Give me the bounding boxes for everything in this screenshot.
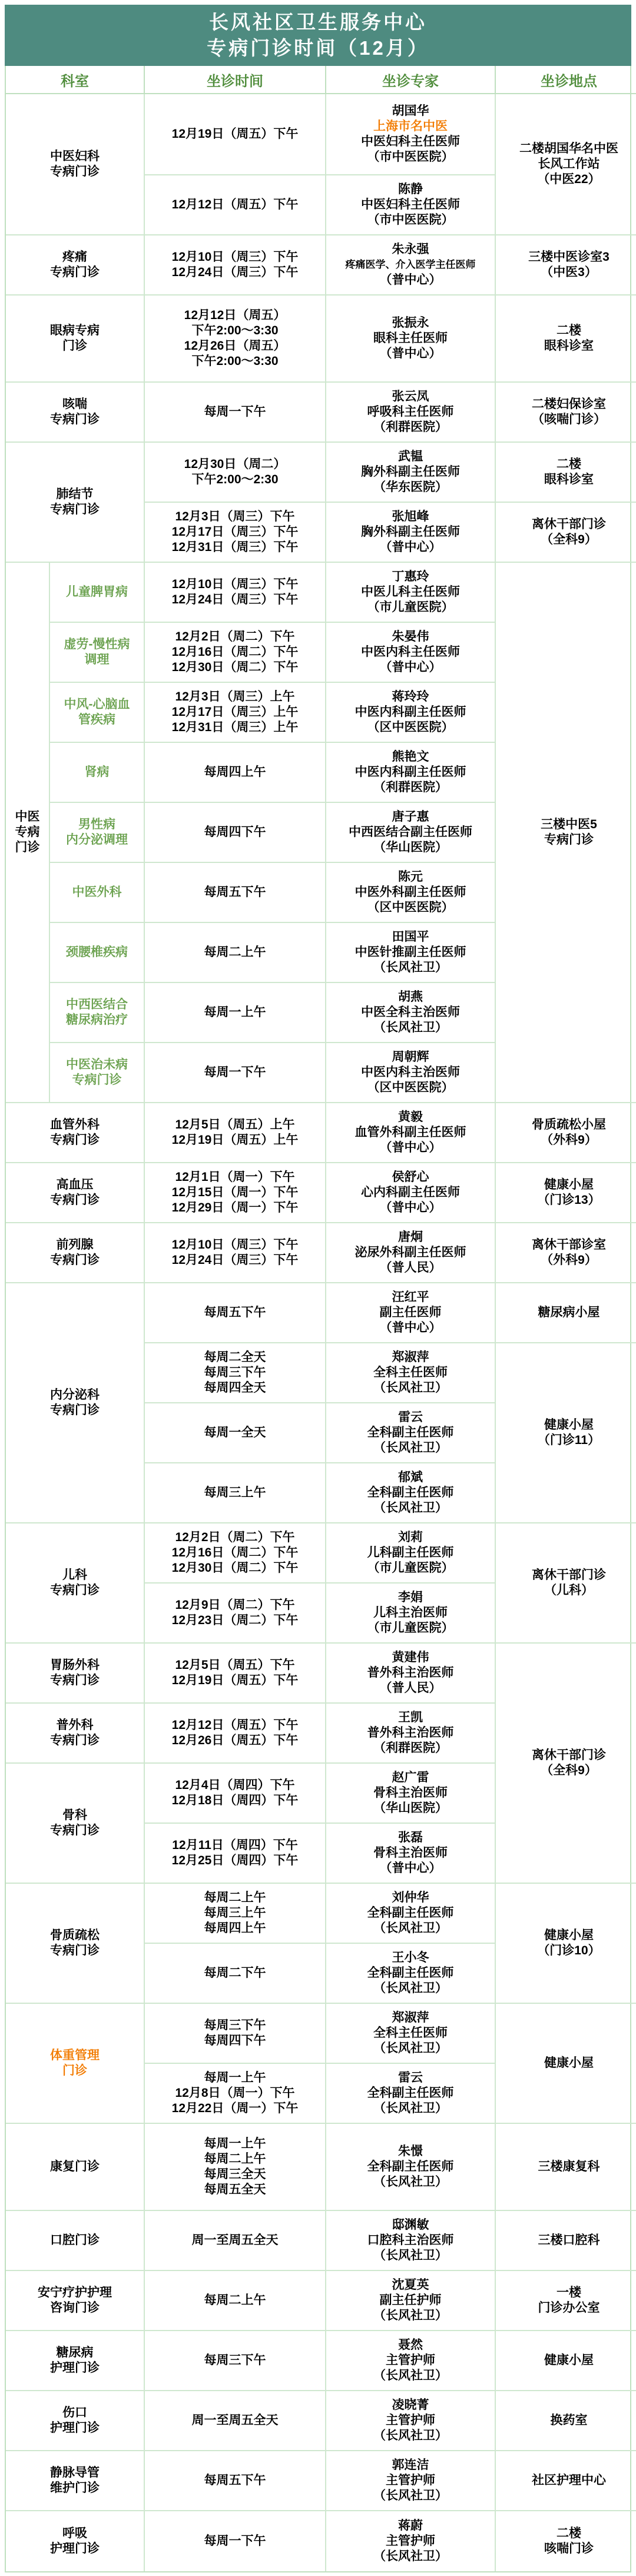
time-cell-line: 每周一上午: [204, 2136, 266, 2152]
expert-cell-line: （普中心）: [380, 273, 442, 288]
dept-cell: 高血压专病门诊: [6, 1163, 145, 1223]
time-cell-line: 下午2:00～2:30: [191, 472, 278, 487]
expert-cell-line: 丁惠玲: [392, 569, 429, 585]
subdept-cell: 男性病内分泌调理: [50, 803, 145, 863]
expert-cell-line: 中医内科副主任医师: [355, 705, 466, 720]
dept-cell: 儿科专病门诊: [6, 1523, 145, 1644]
dept-cell-line: 咳喘: [62, 397, 87, 412]
subdept-cell: 虚劳-慢性病调理: [50, 623, 145, 683]
location-cell-line: （全科9）: [541, 1763, 597, 1778]
location-cell-line: 二楼: [556, 457, 581, 472]
location-cell-line: （中医3）: [541, 265, 597, 280]
schedule-table: 科室 坐诊时间 坐诊专家 坐诊地点 中医妇科专病门诊疼痛专病门诊眼病专病门诊咳喘…: [5, 66, 631, 2572]
expert-cell-line: 刘莉: [398, 1530, 423, 1545]
location-cell-line: 健康小屋: [544, 1418, 594, 1433]
expert-cell-line: （长风社卫）: [373, 2549, 448, 2564]
expert-cell: 凌晓菁主管护师（长风社卫）: [326, 2391, 496, 2451]
expert-cell: 黄建伟普外科主治医师（普人民）: [326, 1644, 496, 1704]
dept-cell-line: 呼吸: [62, 2526, 87, 2541]
expert-cell-line: （市儿童医院）: [367, 600, 454, 615]
expert-cell: 田国平中医针推副主任医师（长风社卫）: [326, 923, 496, 983]
expert-cell-line: （区中医医院）: [367, 1080, 454, 1096]
expert-cell-line: （市儿童医院）: [367, 1621, 454, 1636]
expert-cell-line: 张云凤: [392, 389, 429, 404]
expert-cell: 张旭峰胸外科副主任医师（普中心）: [326, 503, 496, 563]
time-cell-line: 12月23日（周二）下午: [172, 1613, 299, 1628]
subdept-cell: 中医治未病专病门诊: [50, 1043, 145, 1103]
expert-cell-line: （市儿童医院）: [367, 1561, 454, 1576]
location-cell-line: 门诊办公室: [538, 2301, 600, 2316]
time-cell-line: 12月24日（周三）下午: [172, 1253, 299, 1268]
expert-cell-line: 骨科主治医师: [373, 1845, 448, 1861]
expert-cell-line: 蒋玲玲: [392, 689, 429, 705]
time-cell: 每周一上午: [145, 983, 326, 1043]
location-cell-line: 三楼口腔科: [538, 2233, 600, 2248]
time-cell-line: 每周五全天: [204, 2182, 266, 2197]
expert-cell: 侯舒心心内科副主任医师（普中心）: [326, 1163, 496, 1223]
time-cell-line: 周一至周五全天: [192, 2233, 279, 2248]
dept-cell-line: 专病门诊: [50, 1193, 100, 1208]
time-cell: 周一至周五全天: [145, 2391, 326, 2451]
location-cell-line: 社区护理中心: [532, 2473, 606, 2488]
dept-cell-line: 血管外科: [50, 1117, 100, 1133]
expert-cell-line: （区中医医院）: [367, 900, 454, 915]
time-cell-line: 12月1日（周一）下午: [175, 1170, 294, 1185]
time-cell-line: 每周二下午: [204, 1966, 266, 1981]
section-strip: 中医专病门诊: [6, 563, 50, 1103]
dept-cell: 糖尿病护理门诊: [6, 2331, 145, 2391]
expert-cell-line: 朱晏伟: [392, 629, 429, 645]
time-cell-line: 每周三下午: [204, 2353, 266, 2368]
time-cell: 12月4日（周四）下午12月18日（周四）下午: [145, 1764, 326, 1824]
expert-cell-line: 副主任护师: [380, 2293, 442, 2308]
location-cell-line: 健康小屋: [544, 1928, 594, 1943]
expert-cell-line: 黄毅: [398, 1110, 423, 1125]
location-cell-line: 健康小屋: [544, 2056, 594, 2071]
time-cell: 12月19日（周五）下午: [145, 94, 326, 175]
location-cell-line: 三楼中医5: [541, 817, 597, 832]
location-cell-line: 眼科诊室: [544, 338, 594, 354]
column-header-dept: 科室: [6, 66, 145, 94]
time-cell-line: 每周一下午: [204, 404, 266, 420]
expert-cell-line: 心内科副主任医师: [361, 1185, 460, 1200]
expert-cell-line: （利群医院）: [373, 420, 448, 435]
expert-cell-line: （华东医院）: [373, 480, 448, 495]
location-cell: 健康小屋: [496, 2004, 636, 2124]
dept-cell-line: 专病门诊: [50, 1823, 100, 1838]
location-cell: 离休干部诊室（外科9）: [496, 1223, 636, 1283]
expert-cell-line: 儿科主治医师: [373, 1605, 448, 1621]
expert-cell-line: 主管护师: [386, 2413, 435, 2428]
expert-cell-line: 中医内科主治医师: [361, 1065, 460, 1080]
expert-cell-line: 疼痛医学、介入医学主任医师: [346, 257, 476, 273]
time-cell-line: 每周二上午: [204, 1890, 266, 1906]
expert-cell: 唐炯泌尿外科副主任医师（普人民）: [326, 1223, 496, 1283]
time-cell-line: 12月24日（周三）下午: [172, 265, 299, 280]
time-cell: 周一至周五全天: [145, 2211, 326, 2271]
expert-cell: 唐子惠中西医结合副主任医师（华山医院）: [326, 803, 496, 863]
dept-cell-line: 儿科: [62, 1568, 87, 1583]
time-cell-line: 周一至周五全天: [192, 2413, 279, 2428]
dept-cell-line: 专病门诊: [50, 265, 100, 280]
expert-cell: 胡国华上海市名中医中医妇科主任医师（市中医医院）: [326, 94, 496, 175]
expert-cell-line: 呼吸科主任医师: [367, 404, 454, 420]
location-cell-line: 糖尿病小屋: [538, 1305, 600, 1320]
expert-cell-line: （长风社卫）: [373, 2101, 448, 2116]
dept-cell: 胃肠外科专病门诊: [6, 1644, 145, 1704]
location-cell-line: 骨质疏松小屋: [532, 1117, 606, 1133]
dept-cell: 血管外科专病门诊: [6, 1103, 145, 1163]
time-cell-line: 12月17日（周三）下午: [172, 525, 299, 540]
location-cell: 骨质疏松小屋（外科9）: [496, 1103, 636, 1163]
expert-cell: 朱永强疼痛医学、介入医学主任医师（普中心）: [326, 235, 496, 296]
time-cell-line: 下午2:00～3:30: [191, 354, 278, 369]
subdept-cell-line: 调理: [85, 652, 110, 668]
time-cell-line: 每周三上午: [204, 1485, 266, 1501]
expert-cell: 刘仲华全科副主任医师（长风社卫）: [326, 1884, 496, 1944]
expert-cell-line: （长风社卫）: [373, 960, 448, 975]
location-cell: 二楼眼科诊室: [496, 296, 636, 383]
dept-cell-line: 专病门诊: [50, 412, 100, 427]
time-cell-line: 12月31日（周三）上午: [172, 720, 299, 735]
location-cell-line: （外科9）: [541, 1133, 597, 1148]
dept-cell: 普外科专病门诊: [6, 1704, 145, 1764]
location-cell-line: （全科9）: [541, 532, 597, 547]
time-cell: 每周一全天: [145, 1403, 326, 1463]
dept-cell-line: 眼病专病: [50, 323, 100, 338]
section-strip-line: 中医: [15, 809, 40, 825]
location-cell: 健康小屋（门诊11）: [496, 1343, 636, 1523]
expert-cell-line: （长风社卫）: [373, 1501, 448, 1516]
section-strip-line: 专病: [15, 825, 40, 840]
expert-cell-line: （普人民）: [380, 1260, 442, 1276]
expert-cell-line: 田国平: [392, 930, 429, 945]
expert-cell-line: 朱憬: [398, 2144, 423, 2159]
expert-cell-line: 雷云: [398, 1410, 423, 1425]
time-cell-line: 每周三下午: [204, 2018, 266, 2033]
expert-cell: 张振永眼科主任医师（普中心）: [326, 296, 496, 383]
expert-cell: 张磊骨科主治医师（普中心）: [326, 1824, 496, 1884]
time-cell-line: 12月8日（周一）下午: [175, 2086, 294, 2101]
expert-cell-line: 郑淑萍: [392, 1350, 429, 1365]
dept-cell-line: 护理门诊: [50, 2361, 100, 2376]
location-cell: 三楼口腔科: [496, 2211, 636, 2271]
subdept-cell-line: 颈腰椎疾病: [66, 945, 128, 960]
time-cell-line: 12月25日（周四）下午: [172, 1853, 299, 1868]
location-cell-line: 二楼: [556, 323, 581, 338]
expert-cell-line: （长风社卫）: [373, 1020, 448, 1035]
time-cell-line: 每周四下午: [204, 825, 266, 840]
time-cell-line: 12月29日（周一）下午: [172, 1200, 299, 1216]
time-cell-line: 12月5日（周五）上午: [175, 1117, 294, 1133]
time-cell: 每周二下午: [145, 1944, 326, 2004]
expert-cell-line: 张磊: [398, 1830, 423, 1845]
location-cell: 二楼胡国华名中医长风工作站（中医22）: [496, 94, 636, 235]
time-cell-line: 12月22日（周一）下午: [172, 2101, 299, 2116]
time-cell-line: 12月19日（周五）下午: [172, 1673, 299, 1688]
dept-cell-line: 专病门诊: [50, 502, 100, 517]
time-cell-line: 12月3日（周三）下午: [175, 509, 294, 525]
subdept-cell: 中西医结合糖尿病治疗: [50, 983, 145, 1043]
location-cell: 换药室: [496, 2391, 636, 2451]
expert-cell-line: 邸渊敏: [392, 2218, 429, 2233]
dept-cell: 口腔门诊: [6, 2211, 145, 2271]
expert-cell-line: 中医针推副主任医师: [355, 945, 466, 960]
time-cell: 12月12日（周五）下午12月26日（周五）下午: [145, 1704, 326, 1764]
expert-cell: 沈夏英副主任护师（长风社卫）: [326, 2271, 496, 2331]
time-cell: 每周一下午: [145, 383, 326, 443]
dept-cell-line: 疼痛: [62, 250, 87, 265]
time-cell-line: 12月5日（周五）下午: [175, 1658, 294, 1673]
time-cell-line: 每周一上午: [204, 2070, 266, 2086]
title-banner: 长风社区卫生服务中心 专病门诊时间（12月）: [5, 5, 631, 66]
expert-cell-line: 中西医结合副主任医师: [349, 825, 472, 840]
subdept-cell-line: 儿童脾胃病: [66, 585, 128, 600]
expert-cell-line: 胡燕: [398, 990, 423, 1005]
expert-cell-line: （长风社卫）: [373, 2308, 448, 2323]
time-cell-line: 12月18日（周四）下午: [172, 1793, 299, 1808]
expert-cell-line: 胸外科副主任医师: [361, 525, 460, 540]
expert-cell-line: （区中医医院）: [367, 720, 454, 735]
time-cell-line: 12月11日（周四）下午: [172, 1838, 298, 1853]
expert-cell-line: （利群医院）: [373, 1741, 448, 1756]
expert-cell-line: 中医内科副主任医师: [355, 765, 466, 780]
location-cell-line: 离休干部门诊: [532, 517, 606, 532]
time-cell: 每周四下午: [145, 803, 326, 863]
expert-cell-line: 陈静: [398, 182, 423, 197]
expert-cell-line: 中医内科主任医师: [361, 645, 460, 660]
location-cell: 离休干部门诊（全科9）: [496, 503, 636, 563]
dept-cell: 康复门诊: [6, 2124, 145, 2211]
location-cell-line: 二楼: [556, 2526, 581, 2541]
time-cell-line: 12月16日（周二）下午: [172, 645, 299, 660]
dept-cell-line: 门诊: [62, 338, 87, 354]
location-cell-line: 离休干部门诊: [532, 1748, 606, 1763]
expert-cell-line: （普中心）: [380, 1200, 442, 1216]
dept-cell-line: 骨科: [62, 1808, 87, 1823]
dept-cell: 体重管理门诊: [6, 2004, 145, 2124]
expert-cell-line: 全科副主任医师: [367, 1485, 454, 1501]
expert-cell-line: 张振永: [392, 316, 429, 331]
expert-cell: 胡燕中医全科主治医师（长风社卫）: [326, 983, 496, 1043]
location-cell-line: （儿科）: [544, 1583, 594, 1598]
dept-cell: 骨科专病门诊: [6, 1764, 145, 1884]
expert-cell-line: 凌晓菁: [392, 2398, 429, 2413]
expert-cell: 周朝辉中医内科主治医师（区中医医院）: [326, 1043, 496, 1103]
location-cell: 三楼康复科: [496, 2124, 636, 2211]
time-cell: 12月5日（周五）上午12月19日（周五）上午: [145, 1103, 326, 1163]
time-cell: 每周一上午12月8日（周一）下午12月22日（周一）下午: [145, 2064, 326, 2124]
subdept-cell-line: 糖尿病治疗: [66, 1013, 128, 1028]
expert-cell-line: 聂然: [398, 2338, 423, 2353]
location-cell-line: 三楼康复科: [538, 2159, 600, 2175]
expert-cell-line: 汪红平: [392, 1290, 429, 1305]
expert-cell-line: （长风社卫）: [373, 2041, 448, 2056]
expert-cell-line: （长风社卫）: [373, 2368, 448, 2384]
location-cell-line: 一楼: [556, 2285, 581, 2301]
time-cell: 每周五下午: [145, 2451, 326, 2511]
time-cell: 每周五下午: [145, 1283, 326, 1343]
expert-cell-line: 儿科副主任医师: [367, 1545, 454, 1561]
location-cell-line: （中医22）: [537, 172, 600, 187]
dept-cell: 眼病专病门诊: [6, 296, 145, 383]
time-cell-line: 12月31日（周三）下午: [172, 540, 299, 555]
time-cell: 每周一下午: [145, 2511, 326, 2571]
expert-cell: 邸渊敏口腔科主治医师（长风社卫）: [326, 2211, 496, 2271]
time-cell: 12月10日（周三）下午12月24日（周三）下午: [145, 235, 326, 296]
time-cell-line: 12月10日（周三）下午: [172, 250, 299, 265]
location-cell: 一楼门诊办公室: [496, 2271, 636, 2331]
expert-cell-line: 郭连洁: [392, 2458, 429, 2473]
time-cell-line: 12月30日（周二）下午: [172, 1561, 299, 1576]
time-cell-line: 12月26日（周五）下午: [172, 1733, 299, 1748]
expert-cell-line: （利群医院）: [373, 780, 448, 795]
time-cell-line: 每周二上午: [204, 945, 266, 960]
dept-cell-line: 专病门诊: [50, 1943, 100, 1958]
expert-cell: 刘莉儿科副主任医师（市儿童医院）: [326, 1523, 496, 1584]
time-cell: 12月5日（周五）下午12月19日（周五）下午: [145, 1644, 326, 1704]
expert-cell: 郁斌全科副主任医师（长风社卫）: [326, 1463, 496, 1523]
expert-cell-line: 普外科主治医师: [367, 1665, 454, 1681]
expert-cell-line: 全科主任医师: [373, 2026, 448, 2041]
expert-cell-line: 沈夏英: [392, 2278, 429, 2293]
dept-cell-line: 中医妇科: [50, 149, 100, 164]
time-cell-line: 每周三上午: [204, 1906, 266, 1921]
expert-cell-line: 眼科主任医师: [373, 331, 448, 346]
expert-cell-line: 口腔科主治医师: [367, 2233, 454, 2248]
subdept-cell-line: 男性病: [78, 817, 115, 832]
dept-cell-line: 专病门诊: [50, 1253, 100, 1268]
expert-cell-line: 唐子惠: [392, 809, 429, 825]
time-cell-line: 每周三全天: [204, 2167, 266, 2182]
expert-cell-line: 郑淑萍: [392, 2010, 429, 2026]
expert-cell: 雷云全科副主任医师（长风社卫）: [326, 1403, 496, 1463]
expert-cell-line: （长风社卫）: [373, 1380, 448, 1396]
column-header-row: 科室 坐诊时间 坐诊专家 坐诊地点: [6, 66, 630, 94]
time-cell-line: 每周五下午: [204, 2473, 266, 2488]
time-cell-line: 12月12日（周五）下午: [172, 1718, 299, 1733]
expert-cell: 王凯普外科主治医师（利群医院）: [326, 1704, 496, 1764]
time-cell-line: 每周四上午: [204, 1921, 266, 1936]
dept-cell: 肺结节专病门诊: [6, 443, 145, 563]
expert-cell-line: （长风社卫）: [373, 1981, 448, 1996]
subdept-cell-line: 中医外科: [72, 885, 122, 900]
expert-cell-line: （长风社卫）: [373, 1440, 448, 1456]
dept-cell-line: 胃肠外科: [50, 1658, 100, 1673]
location-cell-line: 咳喘门诊: [544, 2541, 594, 2557]
expert-cell: 雷云全科副主任医师（长风社卫）: [326, 2064, 496, 2124]
dept-cell: 中医妇科专病门诊: [6, 94, 145, 235]
time-cell: 每周二上午: [145, 2271, 326, 2331]
time-cell: 每周三下午: [145, 2331, 326, 2391]
expert-cell: 武韫胸外科副主任医师（华东医院）: [326, 443, 496, 503]
expert-cell-line: （市中医医院）: [367, 150, 454, 165]
time-cell: 12月1日（周一）下午12月15日（周一）下午12月29日（周一）下午: [145, 1163, 326, 1223]
location-cell-line: 健康小屋: [544, 2353, 594, 2368]
expert-cell-line: 中医儿科主任医师: [361, 585, 460, 600]
expert-cell-line: （长风社卫）: [373, 1921, 448, 1936]
location-cell-line: 专病门诊: [544, 832, 594, 848]
dept-cell: 内分泌科专病门诊: [6, 1283, 145, 1523]
subdept-cell-line: 肾病: [85, 765, 110, 780]
dept-cell-line: 专病门诊: [50, 1733, 100, 1748]
dept-cell-line: 肺结节: [57, 487, 94, 502]
expert-cell: 朱晏伟中医内科主任医师（普中心）: [326, 623, 496, 683]
dept-cell-line: 静脉导管: [50, 2465, 100, 2481]
time-cell-line: 12月19日（周五）下午: [172, 127, 299, 142]
expert-cell: 王小冬全科副主任医师（长风社卫）: [326, 1944, 496, 2004]
expert-cell-line: 黄建伟: [392, 1650, 429, 1665]
location-cell-line: 二楼胡国华名中医: [519, 141, 618, 157]
time-cell-line: 每周一上午: [204, 1005, 266, 1020]
subdept-cell: 颈腰椎疾病: [50, 923, 145, 983]
location-cell-line: 健康小屋: [544, 1177, 594, 1193]
time-cell-line: 每周一下午: [204, 2534, 266, 2549]
subdept-cell-line: 中医治未病: [66, 1057, 128, 1073]
dept-cell-line: 体重管理: [50, 2048, 100, 2063]
expert-cell-line: 主管护师: [386, 2534, 435, 2549]
dept-cell-line: 专病门诊: [50, 1403, 100, 1418]
expert-cell-line: 刘仲华: [392, 1890, 429, 1906]
time-cell: 每周二上午每周三上午每周四上午: [145, 1884, 326, 1944]
expert-cell-line: 中医妇科主任医师: [361, 134, 460, 150]
time-cell-line: 12月17日（周三）上午: [172, 705, 299, 720]
time-cell-line: 每周五下午: [204, 885, 266, 900]
page-subtitle: 专病门诊时间（12月）: [207, 37, 429, 59]
time-cell: 12月9日（周二）下午12月23日（周二）下午: [145, 1584, 326, 1644]
expert-cell: 汪红平副主任医师（普中心）: [326, 1283, 496, 1343]
subdept-cell-line: 中西医结合: [66, 997, 128, 1013]
expert-cell: 熊艳文中医内科副主任医师（利群医院）: [326, 743, 496, 803]
expert-cell-line: 郁斌: [398, 1470, 423, 1485]
time-cell-line: 12月15日（周一）下午: [172, 1185, 299, 1200]
subdept-cell-line: 虚劳-慢性病: [64, 637, 130, 652]
expert-cell-line: （长风社卫）: [373, 2175, 448, 2190]
dept-cell: 静脉导管维护门诊: [6, 2451, 145, 2511]
expert-cell-line: （华山医院）: [373, 840, 448, 855]
time-cell: 12月2日（周二）下午12月16日（周二）下午12月30日（周二）下午: [145, 623, 326, 683]
time-cell: 每周二全天每周三下午每周四全天: [145, 1343, 326, 1403]
expert-cell-line: 雷云: [398, 2070, 423, 2086]
location-cell: 糖尿病小屋: [496, 1283, 636, 1343]
location-cell-line: 三楼中医诊室3: [528, 250, 609, 265]
subdept-cell: 中风-心脑血管疾病: [50, 683, 145, 743]
time-cell: 12月2日（周二）下午12月16日（周二）下午12月30日（周二）下午: [145, 1523, 326, 1584]
dept-cell-line: 咨询门诊: [50, 2301, 100, 2316]
location-cell-line: （门诊13）: [537, 1193, 600, 1208]
time-cell-line: 每周四上午: [204, 765, 266, 780]
expert-cell-line: 蒋蔚: [398, 2518, 423, 2534]
dept-cell-line: 前列腺: [57, 1237, 94, 1253]
location-cell: 三楼中医诊室3（中医3）: [496, 235, 636, 296]
expert-cell-line: （华山医院）: [373, 1801, 448, 1816]
dept-cell: 安宁疗护护理咨询门诊: [6, 2271, 145, 2331]
expert-cell-line: 李娟: [398, 1590, 423, 1605]
time-cell-line: 12月2日（周二）下午: [175, 1530, 294, 1545]
expert-cell-line: （普中心）: [380, 660, 442, 675]
column-header-expert: 坐诊专家: [326, 66, 496, 94]
dept-cell-line: 口腔门诊: [50, 2233, 100, 2248]
expert-cell: 张云凤呼吸科主任医师（利群医院）: [326, 383, 496, 443]
time-cell-line: 每周四全天: [204, 1380, 266, 1396]
time-cell-line: 每周二上午: [204, 2152, 266, 2167]
location-cell: 二楼妇保诊室（咳喘门诊）: [496, 383, 636, 443]
dept-cell-line: 专病门诊: [50, 1673, 100, 1688]
subdept-cell-line: 管疾病: [78, 712, 115, 728]
time-cell: 每周一下午: [145, 1043, 326, 1103]
time-cell-line: 每周四下午: [204, 2033, 266, 2049]
expert-cell: 郑淑萍全科主任医师（长风社卫）: [326, 2004, 496, 2064]
